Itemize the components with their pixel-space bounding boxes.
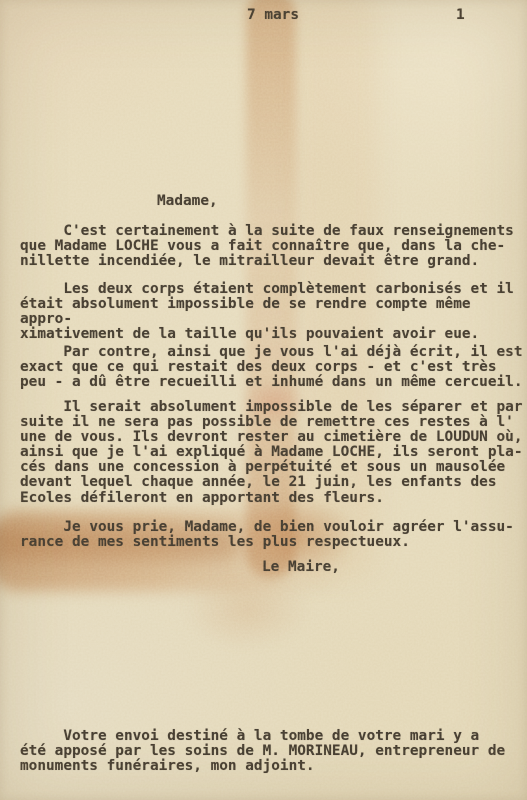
paragraph-5: Je vous prie, Madame, de bien vouloir ag… xyxy=(20,520,514,550)
paragraph-3: Par contre, ainsi que je vous l'ai déjà … xyxy=(20,345,523,390)
signature-line: Le Maire, xyxy=(262,560,340,575)
paragraph-1: C'est certainement à la suite de faux re… xyxy=(20,224,514,269)
paragraph-2: Les deux corps étaient complètement carb… xyxy=(20,282,527,342)
paragraph-4: Il serait absolument impossible de les s… xyxy=(20,400,523,506)
postscript-paragraph: Votre envoi destiné à la tombe de votre … xyxy=(20,729,505,774)
letter-page: 7 mars 1 Madame, C'est certainement à la… xyxy=(0,0,527,800)
page-number: 1 xyxy=(456,8,465,23)
lower-stain-blob xyxy=(183,568,311,650)
letter-date: 7 mars xyxy=(247,8,299,23)
salutation: Madame, xyxy=(157,194,218,209)
